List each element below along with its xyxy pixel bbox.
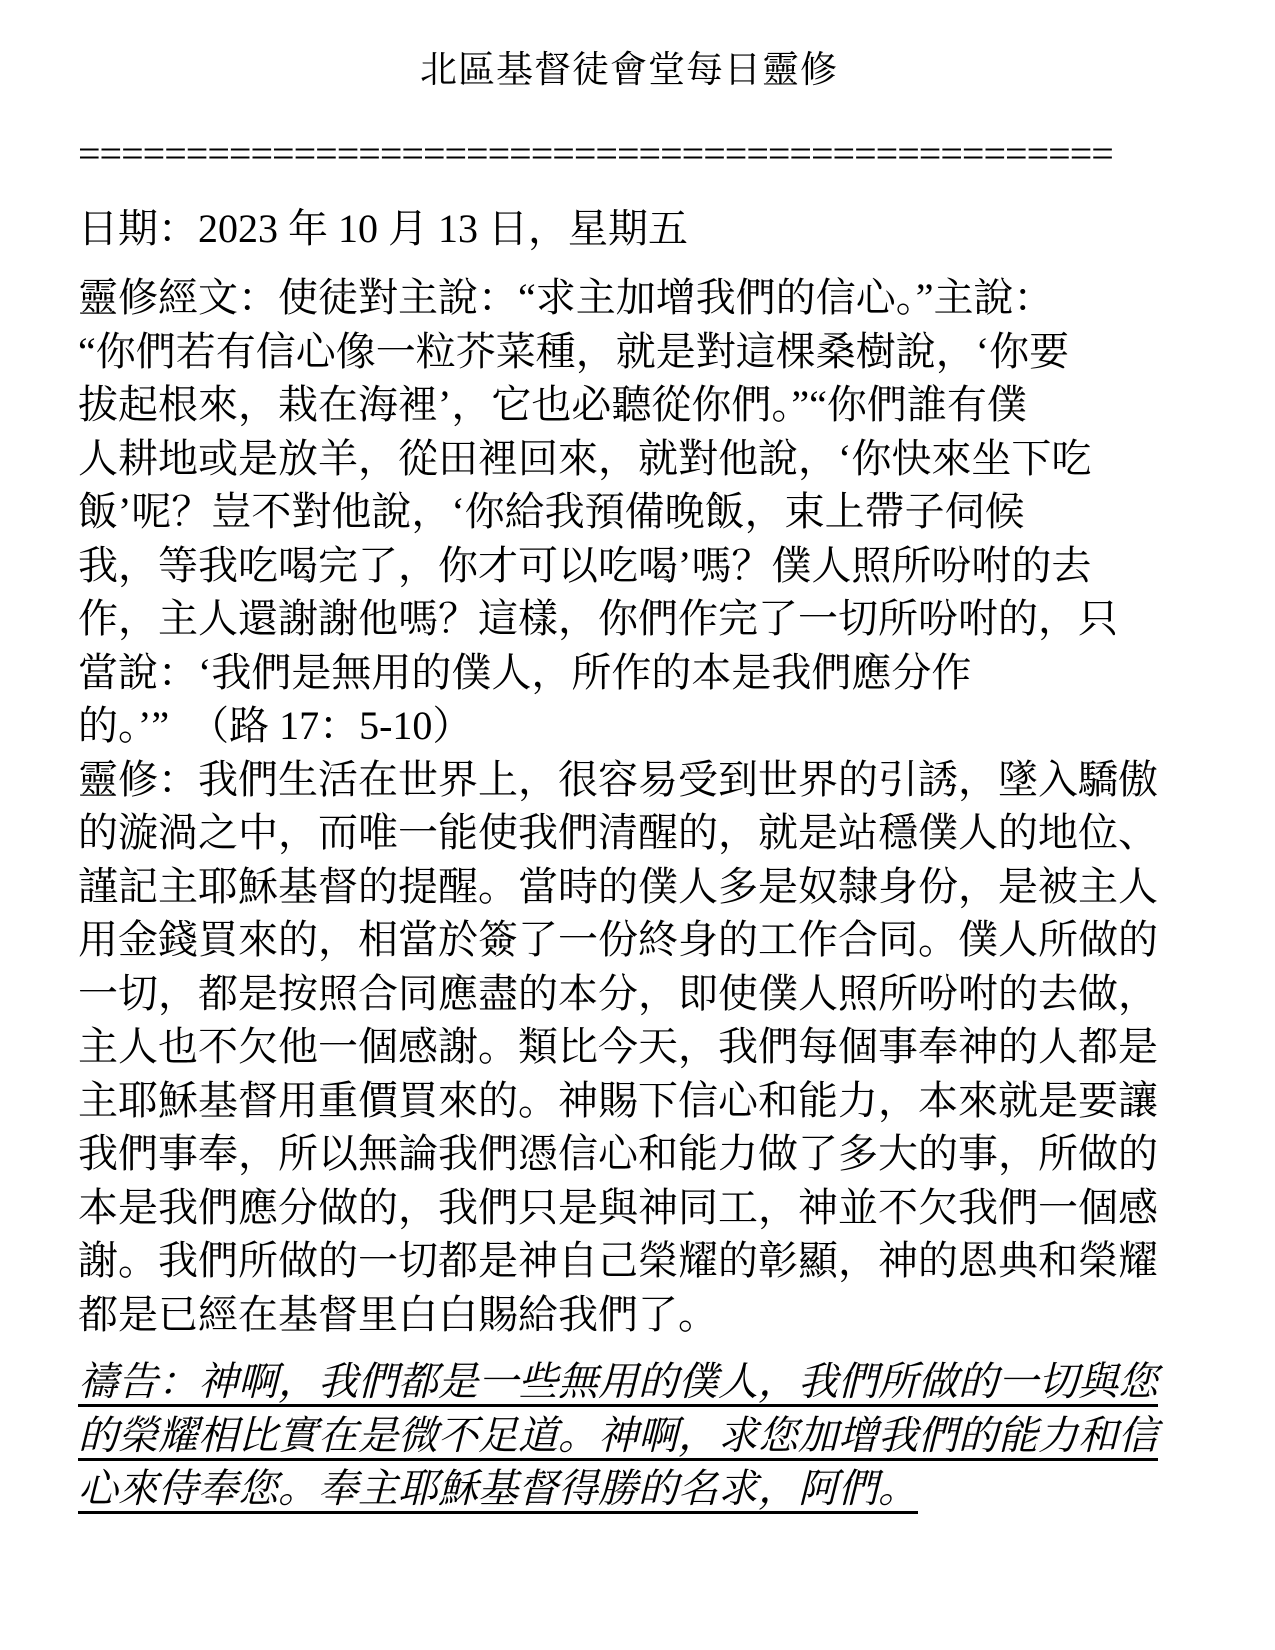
date-line: 日期：2023 年 10 月 13 日，星期五 xyxy=(78,202,1180,255)
prayer-paragraph: 禱告：神啊，我們都是一些無用的僕人，我們所做的一切與您 的榮耀相比實在是微不足道… xyxy=(78,1355,1180,1516)
page-title: 北區基督徒會堂每日靈修 xyxy=(78,44,1180,97)
document-page: 北區基督徒會堂每日靈修 ============================… xyxy=(0,0,1275,1650)
devotional-paragraph: 靈修：我們生活在世界上，很容易受到世界的引誘，墜入驕傲 的漩渦之中，而唯一能使我… xyxy=(78,753,1180,1342)
scripture-paragraph: 靈修經文：使徒對主說：“求主加增我們的信心。”主說： “你們若有信心像一粒芥菜種… xyxy=(78,271,1180,753)
separator-line: ========================================… xyxy=(78,127,1180,180)
